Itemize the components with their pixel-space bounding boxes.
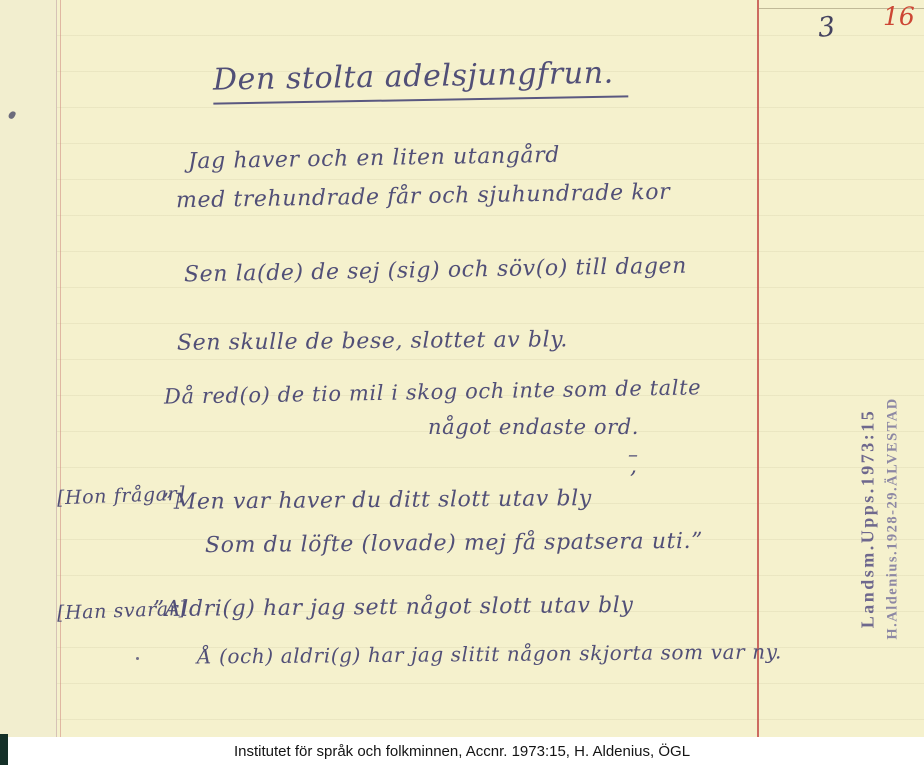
scan-corner-artifact: [0, 734, 8, 765]
left-margin-line: [60, 0, 61, 737]
page-number-handwritten: 3: [816, 11, 836, 44]
archive-caption: Institutet för språk och folkminnen, Acc…: [234, 743, 690, 760]
footer-caption-bar: Institutet för språk och folkminnen, Acc…: [0, 737, 924, 765]
ink-speck: [136, 657, 139, 660]
correction-comma-mark: ,: [630, 456, 638, 478]
dialogue-line: ”Aldri(g) har jag sett något slott utav …: [153, 595, 634, 621]
right-margin-line: [757, 0, 759, 737]
manuscript-title: Den stolta adelsjungfrun.: [213, 58, 628, 104]
archive-stamp-accession: Landsm.Upps.1973:15: [858, 378, 879, 660]
dialogue-line: Å (och) aldri(g) har jag slitit någon sk…: [197, 641, 782, 666]
page-number-red: 16: [883, 2, 915, 31]
page-edge-strip: [0, 0, 57, 737]
faint-ruled-lines: [0, 0, 924, 737]
dialogue-line: ”Men var haver du ditt slott utav bly: [162, 488, 592, 514]
manuscript-scan-page: 3 16 Den stolta adelsjungfrun. Jag haver…: [0, 0, 924, 765]
verse-line: något endaste ord.: [428, 417, 639, 438]
dialogue-line: Som du löfte (lovade) mej få spatsera ut…: [205, 531, 703, 557]
verse-line: Sen skulle de bese, slottet av bly.: [177, 329, 568, 354]
archive-stamp-collector: H.Aldenius.1928-29.ÄLVESTAD: [885, 373, 902, 665]
